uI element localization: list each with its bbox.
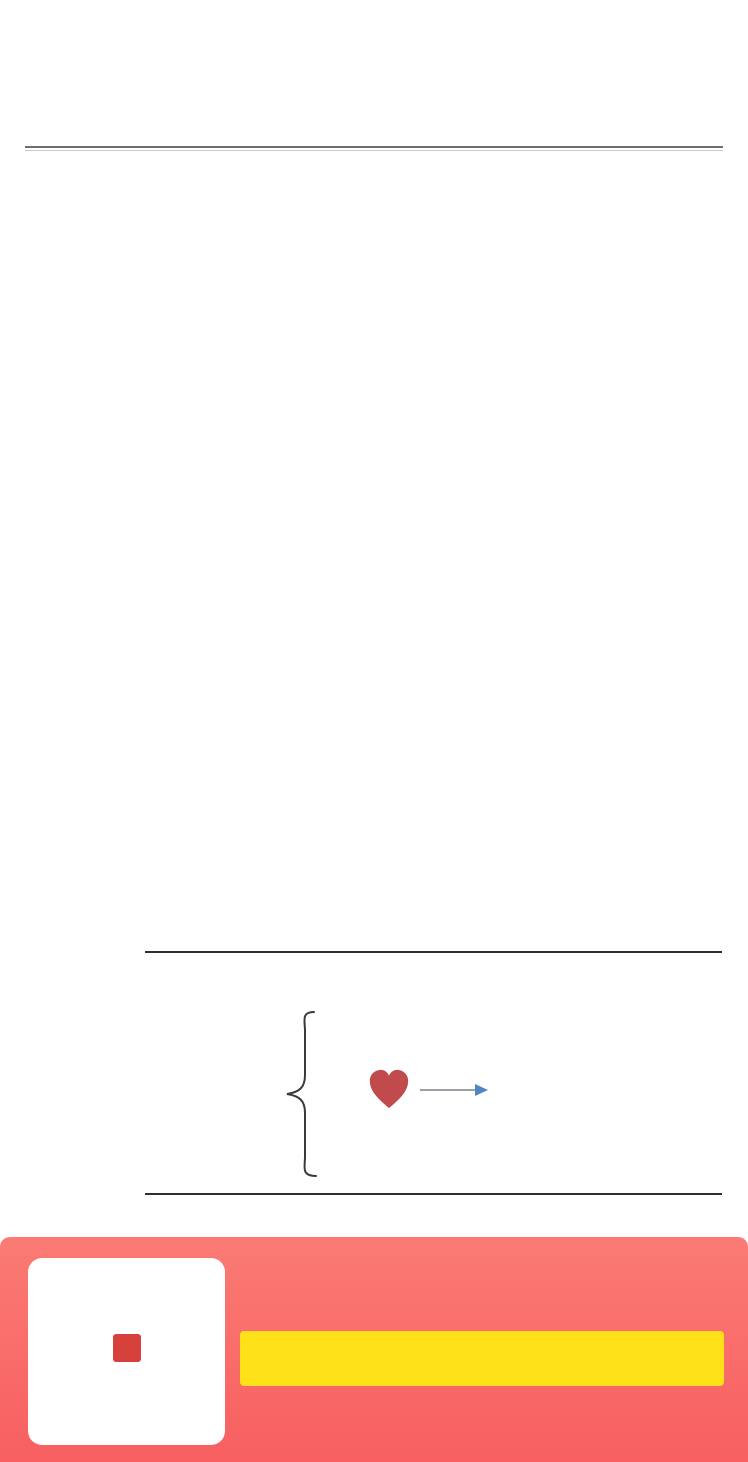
board-top-line [145, 951, 722, 953]
divider-line [25, 146, 723, 148]
banner-headline [243, 1264, 247, 1336]
qr-center-logo [102, 1320, 151, 1378]
arrow-right-icon [418, 1082, 490, 1098]
board-bottom-line [145, 1193, 722, 1195]
qr-code [28, 1258, 225, 1445]
brace-icon [276, 1008, 318, 1180]
divider-line-shadow [25, 150, 723, 151]
document-page [0, 0, 748, 1462]
huatu-logo-icon [113, 1334, 141, 1362]
banner-yellow-box [240, 1331, 724, 1386]
heart-icon [366, 1064, 412, 1114]
promo-banner [0, 1237, 748, 1462]
